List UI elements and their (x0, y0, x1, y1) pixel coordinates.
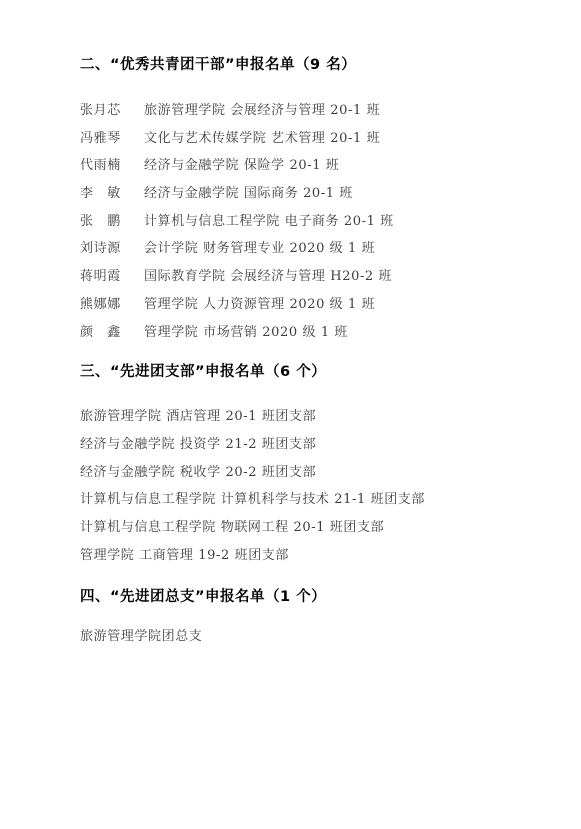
cadre-list: 张月芯旅游管理学院 会展经济与管理 20-1 班 冯雅琴文化与艺术传媒学院 艺术… (80, 97, 521, 346)
list-item: 熊娜娜管理学院 人力资源管理 2020 级 1 班 (80, 291, 521, 319)
branch-name: 经济与金融学院 投资学 21-2 班团支部 (80, 437, 316, 452)
section-heading-cadres: 二、“优秀共青团干部”申报名单（9 名） (80, 56, 521, 75)
branch-name: 经济与金融学院 税收学 20-2 班团支部 (80, 465, 316, 480)
person-name: 熊娜娜 (80, 291, 120, 319)
person-affiliation: 国际教育学院 会展经济与管理 H20-2 班 (144, 269, 392, 284)
person-name: 张月芯 (80, 97, 120, 125)
person-name: 冯雅琴 (80, 125, 120, 153)
person-name: 刘诗源 (80, 235, 120, 263)
person-affiliation: 会计学院 财务管理专业 2020 级 1 班 (144, 241, 375, 256)
person-name: 颜 鑫 (80, 319, 120, 347)
list-item: 代雨楠经济与金融学院 保险学 20-1 班 (80, 152, 521, 180)
list-item: 计算机与信息工程学院 物联网工程 20-1 班团支部 (80, 514, 521, 542)
general-branch-name: 旅游管理学院团总支 (80, 629, 202, 644)
person-affiliation: 经济与金融学院 保险学 20-1 班 (144, 158, 339, 173)
person-name: 蒋明霞 (80, 263, 120, 291)
list-item: 经济与金融学院 投资学 21-2 班团支部 (80, 431, 521, 459)
list-item: 刘诗源会计学院 财务管理专业 2020 级 1 班 (80, 235, 521, 263)
list-item: 经济与金融学院 税收学 20-2 班团支部 (80, 459, 521, 487)
section-heading-branches: 三、“先进团支部”申报名单（6 个） (80, 363, 521, 382)
person-affiliation: 文化与艺术传媒学院 艺术管理 20-1 班 (144, 131, 380, 146)
branch-name: 计算机与信息工程学院 计算机科学与技术 21-1 班团支部 (80, 492, 425, 507)
list-item: 张月芯旅游管理学院 会展经济与管理 20-1 班 (80, 97, 521, 125)
list-item: 张 鹏计算机与信息工程学院 电子商务 20-1 班 (80, 208, 521, 236)
list-item: 旅游管理学院 酒店管理 20-1 班团支部 (80, 403, 521, 431)
branch-name: 计算机与信息工程学院 物联网工程 20-1 班团支部 (80, 520, 384, 535)
list-item: 李 敏经济与金融学院 国际商务 20-1 班 (80, 180, 521, 208)
list-item: 管理学院 工商管理 19-2 班团支部 (80, 542, 521, 570)
document-page: 二、“优秀共青团干部”申报名单（9 名） 张月芯旅游管理学院 会展经济与管理 2… (0, 0, 581, 829)
person-affiliation: 经济与金融学院 国际商务 20-1 班 (144, 186, 353, 201)
list-item: 颜 鑫管理学院 市场营销 2020 级 1 班 (80, 319, 521, 347)
branch-list: 旅游管理学院 酒店管理 20-1 班团支部 经济与金融学院 投资学 21-2 班… (80, 403, 521, 569)
person-affiliation: 计算机与信息工程学院 电子商务 20-1 班 (144, 214, 394, 229)
person-name: 李 敏 (80, 180, 120, 208)
list-item: 旅游管理学院团总支 (80, 623, 521, 651)
branch-name: 旅游管理学院 酒店管理 20-1 班团支部 (80, 409, 316, 424)
list-item: 蒋明霞国际教育学院 会展经济与管理 H20-2 班 (80, 263, 521, 291)
list-item: 冯雅琴文化与艺术传媒学院 艺术管理 20-1 班 (80, 125, 521, 153)
person-name: 张 鹏 (80, 208, 120, 236)
person-name: 代雨楠 (80, 152, 120, 180)
branch-name: 管理学院 工商管理 19-2 班团支部 (80, 548, 289, 563)
person-affiliation: 管理学院 市场营销 2020 级 1 班 (144, 325, 348, 340)
section-heading-general-branch: 四、“先进团总支”申报名单（1 个） (80, 588, 521, 607)
general-branch-list: 旅游管理学院团总支 (80, 623, 521, 651)
person-affiliation: 旅游管理学院 会展经济与管理 20-1 班 (144, 103, 380, 118)
person-affiliation: 管理学院 人力资源管理 2020 级 1 班 (144, 297, 375, 312)
list-item: 计算机与信息工程学院 计算机科学与技术 21-1 班团支部 (80, 486, 521, 514)
